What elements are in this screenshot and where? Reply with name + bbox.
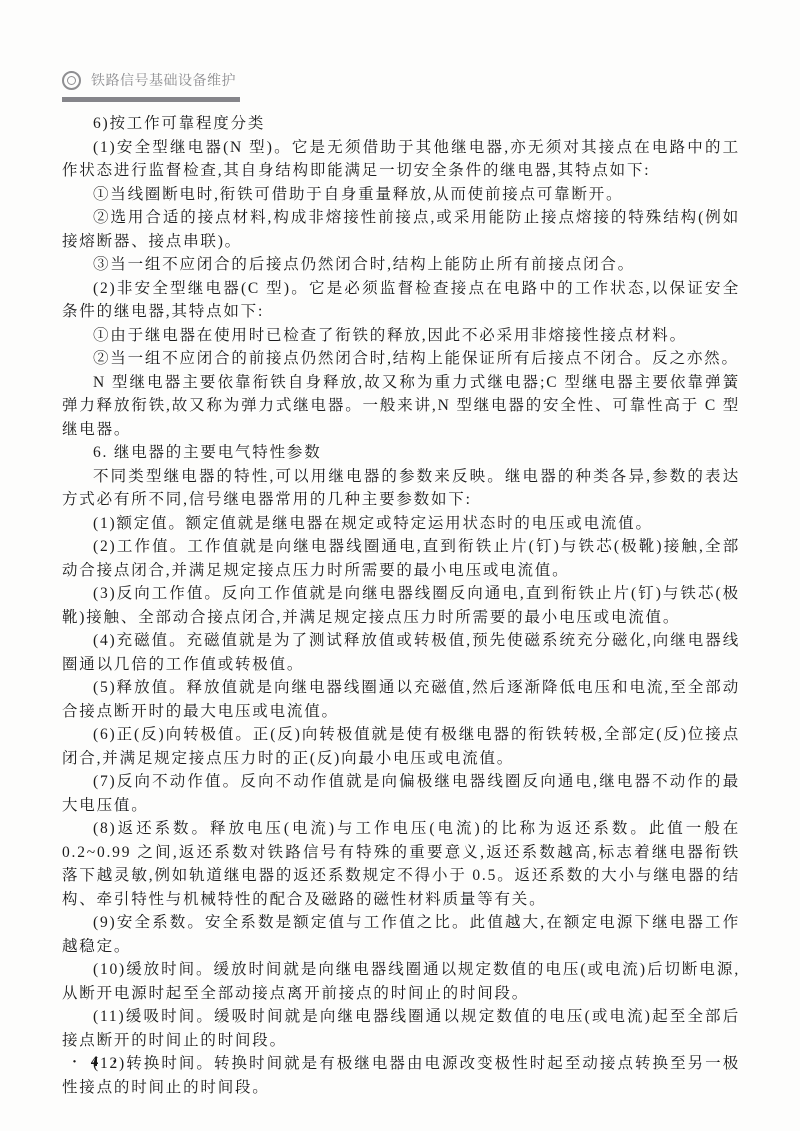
paragraph: (6)正(反)向转极值。正(反)向转极值就是使有极继电器的衔铁转极,全部定(反)… xyxy=(62,723,740,770)
paragraph: (12)转换时间。转换时间就是有极继电器由电源改变极性时起至动接点转换至另一极性… xyxy=(62,1052,740,1099)
paragraph: (7)反向不动作值。反向不动作值就是向偏极继电器线圈反向通电,继电器不动作的最大… xyxy=(62,770,740,817)
running-header: 铁路信号基础设备维护 xyxy=(62,68,240,102)
paragraph: (3)反向工作值。反向工作值就是向继电器线圈反向通电,直到衔铁止片(钉)与铁芯(… xyxy=(62,582,740,629)
paragraph: (9)安全系数。安全系数是额定值与工作值之比。此值越大,在额定电源下继电器工作越… xyxy=(62,911,740,958)
page-number: · 4 · xyxy=(72,1054,118,1071)
paragraph: (2)工作值。工作值就是向继电器线圈通电,直到衔铁止片(钉)与铁芯(极靴)接触,… xyxy=(62,535,740,582)
header-rule xyxy=(62,97,240,102)
paragraph: (5)释放值。释放值就是向继电器线圈通以充磁值,然后逐渐降低电压和电流,至全部动… xyxy=(62,676,740,723)
paragraph: (11)缓吸时间。缓吸时间就是向继电器线圈通以规定数值的电压(或电流)起至全部后… xyxy=(62,1005,740,1052)
paragraph: (1)安全型继电器(N 型)。它是无须借助于其他继电器,亦无须对其接点在电路中的… xyxy=(62,136,740,183)
paragraph: ②选用合适的接点材料,构成非熔接性前接点,或采用能防止接点熔接的特殊结构(例如接… xyxy=(62,206,740,253)
paragraph: (1)额定值。额定值就是继电器在规定或特定运用状态时的电压或电流值。 xyxy=(62,512,740,536)
paragraph: (4)充磁值。充磁值就是为了测试释放值或转极值,预先使磁系统充分磁化,向继电器线… xyxy=(62,629,740,676)
paragraph: ①由于继电器在使用时已检查了衔铁的释放,因此不必采用非熔接性接点材料。 xyxy=(62,324,740,348)
subsection-heading-parameters: 6. 继电器的主要电气特性参数 xyxy=(62,441,740,465)
double-ring-icon xyxy=(62,71,81,90)
paragraph: (10)缓放时间。缓放时间就是向继电器线圈通以规定数值的电压(或电流)后切断电源… xyxy=(62,958,740,1005)
paragraph: ③当一组不应闭合的后接点仍然闭合时,结构上能防止所有前接点闭合。 xyxy=(62,253,740,277)
paragraph: (8)返还系数。释放电压(电流)与工作电压(电流)的比称为返还系数。此值一般在 … xyxy=(62,817,740,911)
body-text: 6)按工作可靠程度分类 (1)安全型继电器(N 型)。它是无须借助于其他继电器,… xyxy=(62,112,740,1099)
paragraph: (2)非安全型继电器(C 型)。它是必须监督检查接点在电路中的工作状态,以保证安… xyxy=(62,277,740,324)
paragraph: N 型继电器主要依靠衔铁自身释放,故又称为重力式继电器;C 型继电器主要依靠弹簧… xyxy=(62,371,740,442)
book-title: 铁路信号基础设备维护 xyxy=(91,70,236,90)
book-page: 铁路信号基础设备维护 6)按工作可靠程度分类 (1)安全型继电器(N 型)。它是… xyxy=(0,0,800,1131)
paragraph: ②当一组不应闭合的前接点仍然闭合时,结构上能保证所有后接点不闭合。反之亦然。 xyxy=(62,347,740,371)
paragraph: ①当线圈断电时,衔铁可借助于自身重量释放,从而使前接点可靠断开。 xyxy=(62,183,740,207)
paragraph: 不同类型继电器的特性,可以用继电器的参数来反映。继电器的种类各异,参数的表达方式… xyxy=(62,465,740,512)
subsection-heading-classification: 6)按工作可靠程度分类 xyxy=(62,112,740,136)
